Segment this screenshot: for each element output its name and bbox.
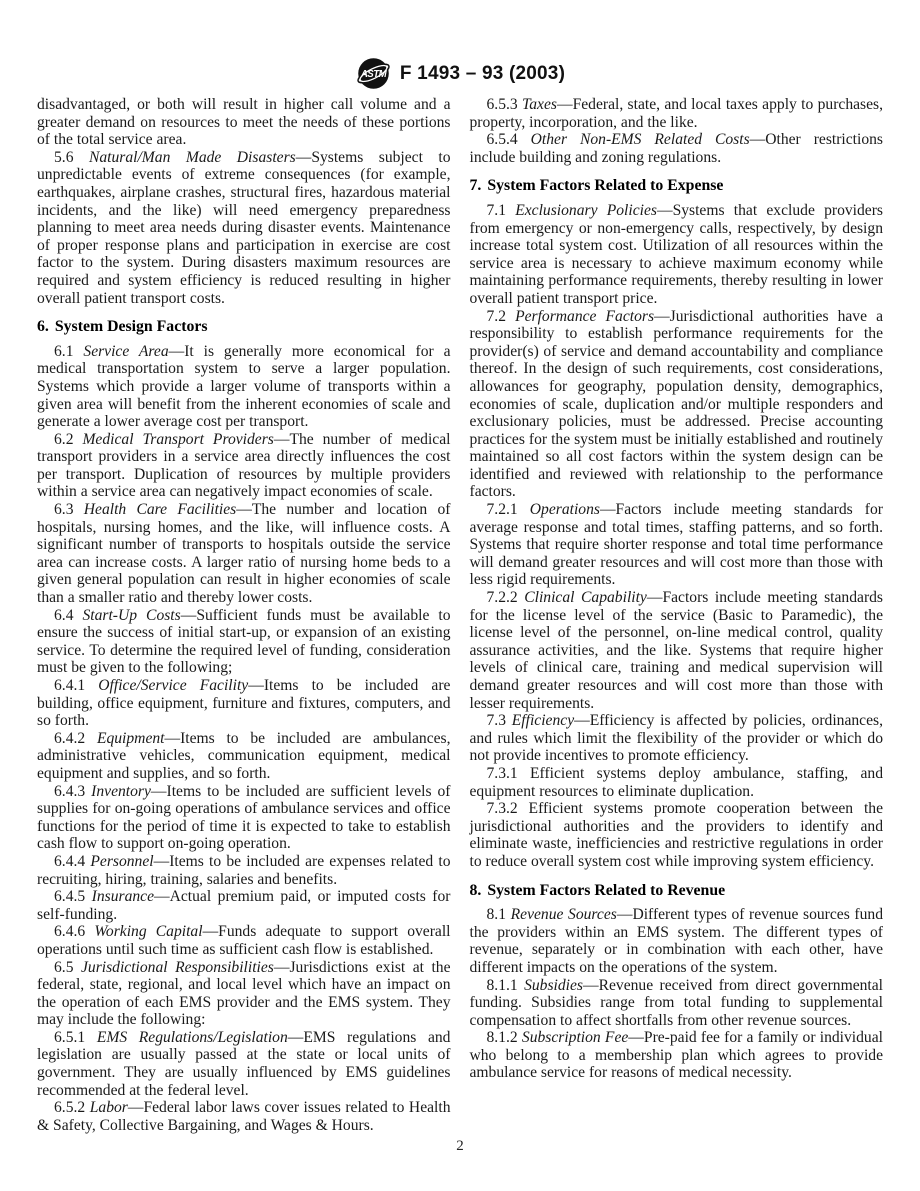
- section-number: 8.1.1: [487, 977, 518, 994]
- section-title: Labor: [90, 1099, 128, 1116]
- paragraph-6-4-1: 6.4.1 Office/Service Facility—Items to b…: [37, 677, 451, 730]
- paragraph-6-5-3: 6.5.3 Taxes—Federal, state, and local ta…: [470, 96, 884, 131]
- section-number: 7.3: [487, 712, 507, 729]
- paragraph-7-1: 7.1 Exclusionary Policies—Systems that e…: [470, 202, 884, 308]
- section-title: Personnel: [90, 853, 153, 870]
- paragraph-8-1: 8.1 Revenue Sources—Different types of r…: [470, 906, 884, 976]
- heading-number: 8.: [470, 882, 482, 899]
- section-title: Working Capital: [94, 923, 202, 940]
- section-number: 7.1: [487, 202, 507, 219]
- section-number: 6.4.4: [54, 853, 85, 870]
- paragraph-continuation: disadvantaged, or both will result in hi…: [37, 96, 451, 149]
- paragraph-6-4-6: 6.4.6 Working Capital—Funds adequate to …: [37, 923, 451, 958]
- paragraph-text: —Systems subject to unpredictable events…: [37, 149, 451, 307]
- paragraph-text: —Factors include meeting standards for t…: [470, 589, 884, 712]
- paragraph-6-3: 6.3 Health Care Facilities—The number an…: [37, 501, 451, 607]
- section-title: Other Non-EMS Related Costs: [531, 131, 750, 148]
- section-title: Natural/Man Made Disasters: [89, 149, 296, 166]
- section-heading-8: 8.System Factors Related to Revenue: [470, 882, 884, 900]
- paragraph-7-3: 7.3 Efficiency—Efficiency is affected by…: [470, 712, 884, 765]
- paragraph-6-4-2: 6.4.2 Equipment—Items to be included are…: [37, 730, 451, 783]
- document-header: ASTM F 1493 – 93 (2003): [0, 0, 920, 92]
- paragraph-text: —Jurisdictional authorities have a respo…: [470, 308, 884, 501]
- section-title: Office/Service Facility: [98, 677, 248, 694]
- section-title: Health Care Facilities: [84, 501, 236, 518]
- section-number: 6.5.2: [54, 1099, 85, 1116]
- section-title: Equipment: [97, 730, 165, 747]
- paragraph-8-1-2: 8.1.2 Subscription Fee—Pre-paid fee for …: [470, 1029, 884, 1082]
- paragraph-6-4-4: 6.4.4 Personnel—Items to be included are…: [37, 853, 451, 888]
- section-title: EMS Regulations/Legislation: [97, 1029, 288, 1046]
- paragraph-6-4-5: 6.4.5 Insurance—Actual premium paid, or …: [37, 888, 451, 923]
- section-title: Inventory: [91, 783, 151, 800]
- content-columns: disadvantaged, or both will result in hi…: [0, 92, 920, 1134]
- section-number: 6.2: [54, 431, 74, 448]
- paragraph-5-6: 5.6 Natural/Man Made Disasters—Systems s…: [37, 149, 451, 307]
- paragraph-7-2-1: 7.2.1 Operations—Factors include meeting…: [470, 501, 884, 589]
- section-title: Clinical Capability: [524, 589, 647, 606]
- paragraph-text: disadvantaged, or both will result in hi…: [37, 96, 451, 148]
- heading-number: 6.: [37, 318, 49, 335]
- section-number: 8.1.2: [487, 1029, 518, 1046]
- section-number: 6.4.3: [54, 783, 85, 800]
- section-number: 5.6: [54, 149, 74, 166]
- paragraph-6-5-4: 6.5.4 Other Non-EMS Related Costs—Other …: [470, 131, 884, 166]
- section-number: 6.5.3: [487, 96, 518, 113]
- paragraph-6-4: 6.4 Start-Up Costs—Sufficient funds must…: [37, 607, 451, 677]
- paragraph-6-2: 6.2 Medical Transport Providers—The numb…: [37, 431, 451, 501]
- section-number: 7.3.1: [487, 765, 518, 782]
- paragraph-6-1: 6.1 Service Area—It is generally more ec…: [37, 343, 451, 431]
- paragraph-text: Efficient systems deploy ambulance, staf…: [470, 765, 884, 800]
- section-title: Exclusionary Policies: [515, 202, 657, 219]
- section-title: Performance Factors: [515, 308, 654, 325]
- section-title: Medical Transport Providers: [82, 431, 273, 448]
- column-left: disadvantaged, or both will result in hi…: [37, 96, 451, 1134]
- section-number: 6.4.5: [54, 888, 85, 905]
- section-number: 6.1: [54, 343, 74, 360]
- paragraph-6-4-3: 6.4.3 Inventory—Items to be included are…: [37, 783, 451, 853]
- section-number: 7.2: [487, 308, 507, 325]
- astm-logo-icon: ASTM: [355, 55, 392, 92]
- heading-label: System Factors Related to Expense: [487, 177, 723, 194]
- doc-designation: F 1493 – 93 (2003): [400, 63, 565, 85]
- section-title: Jurisdictional Responsibilities: [81, 959, 274, 976]
- section-number: 6.4.6: [54, 923, 85, 940]
- section-number: 7.3.2: [487, 800, 518, 817]
- section-heading-6: 6.System Design Factors: [37, 318, 451, 336]
- section-number: 6.3: [54, 501, 74, 518]
- section-title: Start-Up Costs: [82, 607, 180, 624]
- paragraph-7-2-2: 7.2.2 Clinical Capability—Factors includ…: [470, 589, 884, 712]
- section-title: Operations: [530, 501, 600, 518]
- column-right: 6.5.3 Taxes—Federal, state, and local ta…: [470, 96, 884, 1134]
- paragraph-6-5-2: 6.5.2 Labor—Federal labor laws cover iss…: [37, 1099, 451, 1134]
- paragraph-6-5-1: 6.5.1 EMS Regulations/Legislation—EMS re…: [37, 1029, 451, 1099]
- paragraph-text: Efficient systems promote cooperation be…: [470, 800, 884, 870]
- section-title: Subsidies: [524, 977, 583, 994]
- svg-text:ASTM: ASTM: [360, 69, 388, 80]
- section-number: 6.4.1: [54, 677, 85, 694]
- section-title: Revenue Sources: [511, 906, 617, 923]
- section-number: 6.4: [54, 607, 74, 624]
- section-number: 6.5.4: [487, 131, 518, 148]
- paragraph-7-3-2: 7.3.2 Efficient systems promote cooperat…: [470, 800, 884, 870]
- section-title: Insurance: [92, 888, 154, 905]
- section-number: 7.2.1: [487, 501, 518, 518]
- section-title: Subscription Fee: [522, 1029, 628, 1046]
- paragraph-6-5: 6.5 Jurisdictional Responsibilities—Juri…: [37, 959, 451, 1029]
- paragraph-7-3-1: 7.3.1 Efficient systems deploy ambulance…: [470, 765, 884, 800]
- section-title: Service Area: [83, 343, 168, 360]
- heading-number: 7.: [470, 177, 482, 194]
- section-number: 6.4.2: [54, 730, 85, 747]
- paragraph-8-1-1: 8.1.1 Subsidies—Revenue received from di…: [470, 977, 884, 1030]
- section-number: 6.5: [54, 959, 74, 976]
- heading-label: System Factors Related to Revenue: [487, 882, 725, 899]
- paragraph-7-2: 7.2 Performance Factors—Jurisdictional a…: [470, 308, 884, 502]
- section-number: 8.1: [487, 906, 507, 923]
- heading-label: System Design Factors: [55, 318, 208, 335]
- section-number: 6.5.1: [54, 1029, 85, 1046]
- document-page: ASTM F 1493 – 93 (2003) disadvantaged, o…: [0, 0, 920, 1191]
- section-heading-7: 7.System Factors Related to Expense: [470, 177, 884, 195]
- section-number: 7.2.2: [487, 589, 518, 606]
- page-number: 2: [0, 1138, 920, 1155]
- section-title: Efficiency: [512, 712, 574, 729]
- section-title: Taxes: [522, 96, 557, 113]
